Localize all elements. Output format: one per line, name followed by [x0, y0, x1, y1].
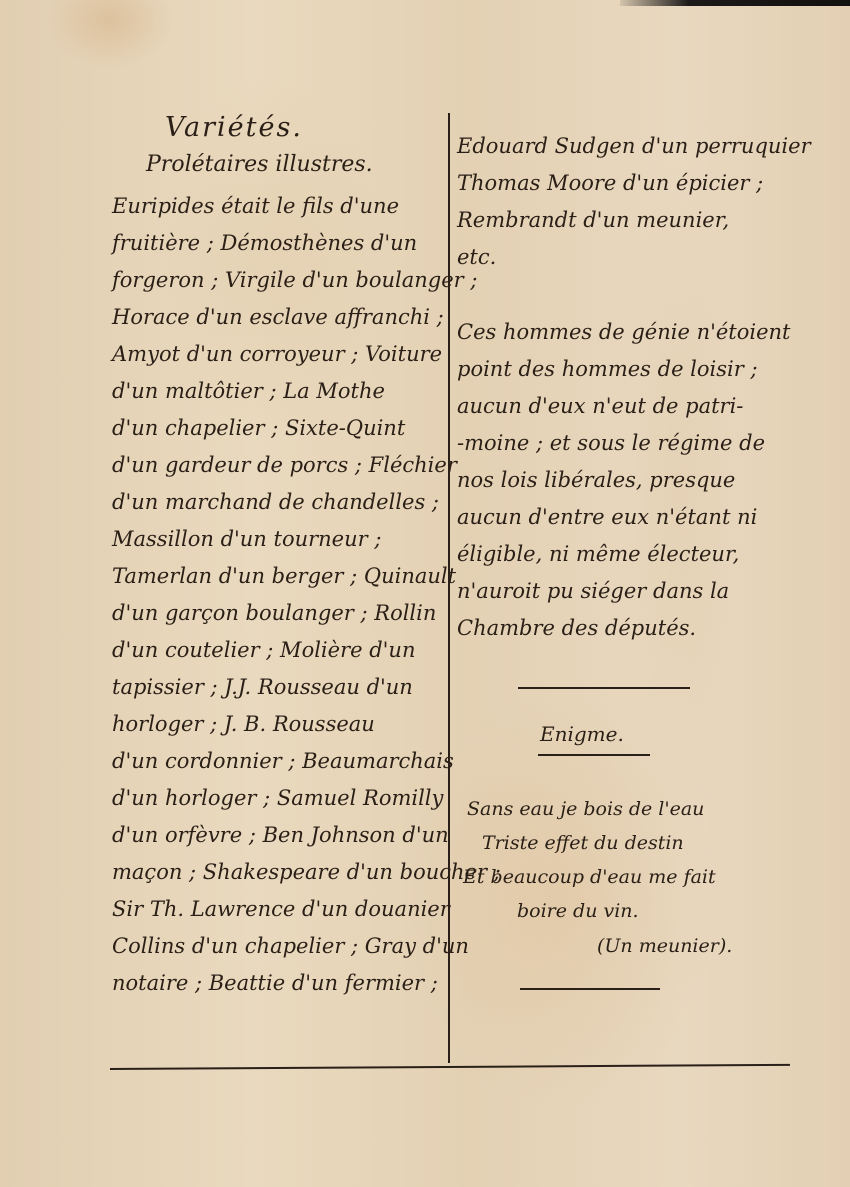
right-column-paragraph: Ces hommes de génie n'étoient point des …	[457, 314, 817, 647]
text-line: -moine ; et sous le régime de	[457, 425, 817, 462]
text-line: d'un horloger ; Samuel Romilly	[112, 780, 447, 817]
text-line: d'un coutelier ; Molière d'un	[112, 632, 447, 669]
text-line: Rembrandt d'un meunier,	[457, 202, 817, 239]
text-line: fruitière ; Démosthènes d'un	[112, 225, 447, 262]
text-line: d'un orfèvre ; Ben Johnson d'un	[112, 817, 447, 854]
text-line: d'un chapelier ; Sixte-Quint	[112, 410, 447, 447]
enigme-title-underline	[538, 754, 650, 756]
text-line: Sir Th. Lawrence d'un douanier	[112, 891, 447, 928]
enigme-line: boire du vin.	[517, 900, 639, 922]
text-line: etc.	[457, 239, 817, 276]
text-line: Horace d'un esclave affranchi ;	[112, 299, 447, 336]
enigme-title: Enigme.	[540, 722, 624, 746]
enigme-line: Triste effet du destin	[482, 832, 684, 854]
text-line: Tamerlan d'un berger ; Quinault	[112, 558, 447, 595]
text-line: Chambre des députés.	[457, 610, 817, 647]
enigme-line: Et beaucoup d'eau me fait	[463, 866, 716, 888]
text-line: tapissier ; J.J. Rousseau d'un	[112, 669, 447, 706]
page-bottom-rule	[110, 1064, 790, 1070]
text-line: d'un marchand de chandelles ;	[112, 484, 447, 521]
text-line: n'auroit pu siéger dans la	[457, 573, 817, 610]
text-line: Edouard Sudgen d'un perruquier	[457, 128, 817, 165]
text-line: d'un cordonnier ; Beaumarchais	[112, 743, 447, 780]
text-line: point des hommes de loisir ;	[457, 351, 817, 388]
column-divider	[448, 113, 450, 1063]
enigme-end-rule	[520, 988, 660, 990]
text-line: Collins d'un chapelier ; Gray d'un	[112, 928, 447, 965]
scan-top-edge-shadow	[620, 0, 850, 6]
page-title: Variétés.	[165, 112, 303, 143]
text-line: forgeron ; Virgile d'un boulanger ;	[112, 262, 447, 299]
text-line: Euripides était le fils d'une	[112, 188, 447, 225]
text-line: d'un maltôtier ; La Mothe	[112, 373, 447, 410]
left-column-text: Euripides était le fils d'une fruitière …	[112, 188, 447, 1002]
enigme-line: Sans eau je bois de l'eau	[467, 798, 704, 820]
text-line: aucun d'entre eux n'étant ni	[457, 499, 817, 536]
text-line: maçon ; Shakespeare d'un boucher ;	[112, 854, 447, 891]
text-line: Ces hommes de génie n'étoient	[457, 314, 817, 351]
text-line: aucun d'eux n'eut de patri-	[457, 388, 817, 425]
section-subtitle: Prolétaires illustres.	[146, 152, 373, 177]
text-line: notaire ; Beattie d'un fermier ;	[112, 965, 447, 1002]
text-line: éligible, ni même électeur,	[457, 536, 817, 573]
text-line: Massillon d'un tourneur ;	[112, 521, 447, 558]
text-line: Thomas Moore d'un épicier ;	[457, 165, 817, 202]
text-line: horloger ; J. B. Rousseau	[112, 706, 447, 743]
text-line: d'un gardeur de porcs ; Fléchier	[112, 447, 447, 484]
enigme-answer: (Un meunier).	[597, 935, 732, 957]
right-column-intro: Edouard Sudgen d'un perruquier Thomas Mo…	[457, 128, 817, 276]
text-line: d'un garçon boulanger ; Rollin	[112, 595, 447, 632]
text-line: Amyot d'un corroyeur ; Voiture	[112, 336, 447, 373]
text-line: nos lois libérales, presque	[457, 462, 817, 499]
section-separator-rule	[518, 687, 690, 689]
